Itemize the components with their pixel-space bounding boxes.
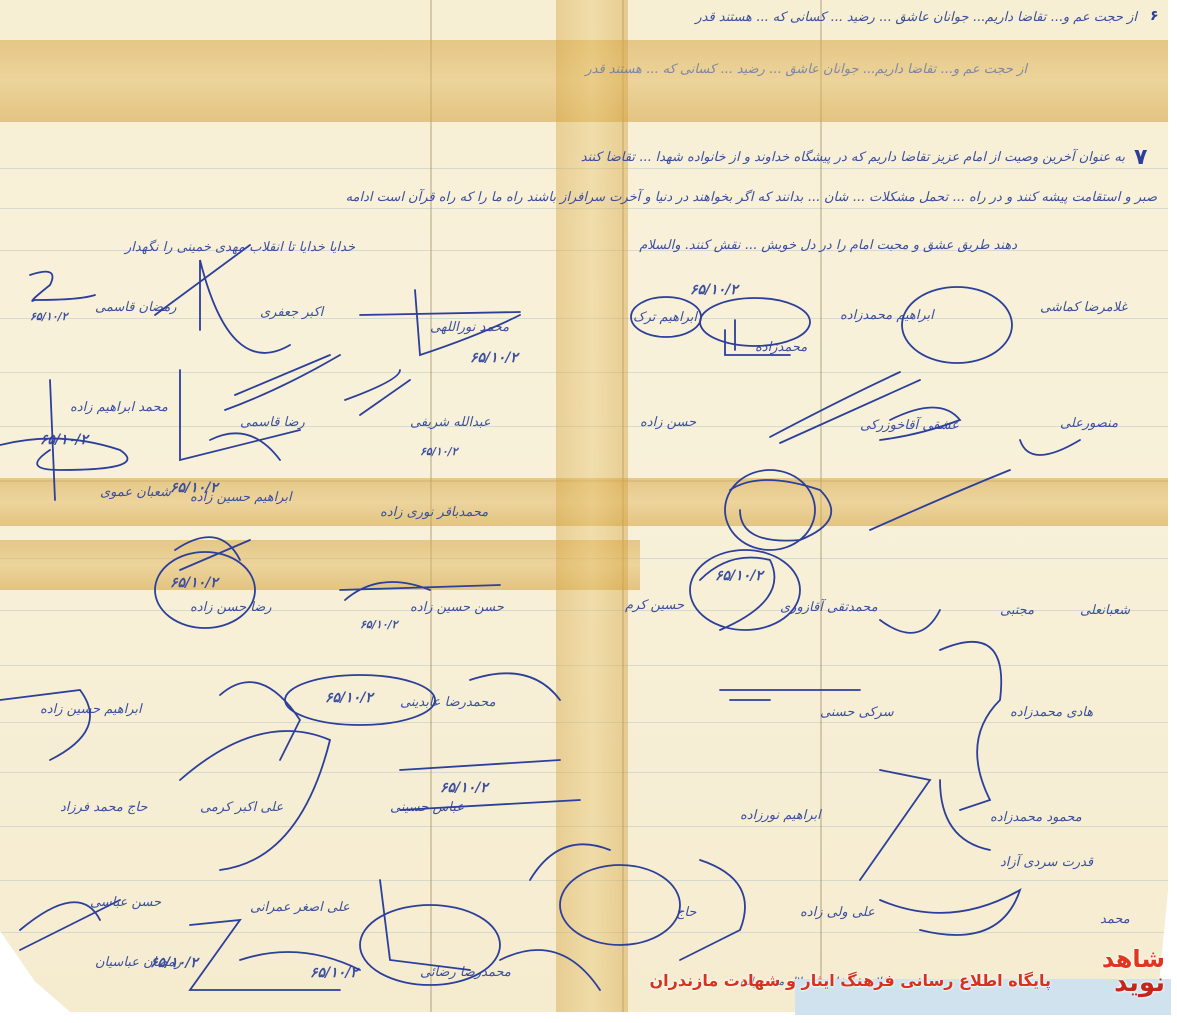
signature-name: رضا حسن زاده bbox=[190, 600, 272, 615]
signature-name: اکبر جعفری bbox=[260, 305, 323, 320]
signature-name: عشقی آقاخوزرکی bbox=[860, 418, 959, 433]
signature-date: ۶۵/۱۰/۲ bbox=[170, 480, 218, 496]
top-text-line: از حجت عم و... تقاضا داریم... جوانان عاش… bbox=[695, 10, 1137, 25]
signature-name: حسین کرم bbox=[625, 598, 684, 613]
signature-name: رمضان قاسمی bbox=[95, 300, 177, 315]
signature-name: ابراهیم نورزاده bbox=[740, 808, 821, 823]
watermark-logo: شاهد نوید bbox=[1102, 947, 1165, 995]
signature-name: شعبانعلی bbox=[1080, 603, 1130, 618]
closing-prayer: خدایا خدایا تا انقلاب مهدی خمینی را نگهد… bbox=[125, 240, 355, 255]
main-text-line-1: به عنوان آخرین وصیت از امام عزیز تقاضا د… bbox=[581, 150, 1125, 165]
signature-name: منصورعلی bbox=[1060, 416, 1118, 431]
signature-name: ابراهیم حسین زاده bbox=[40, 702, 142, 717]
signature-name: محمدرضا رضائی bbox=[420, 965, 511, 980]
signature-date: ۶۵/۱۰/۲ bbox=[170, 575, 218, 591]
watermark: شاهد نوید پایگاه اطلاع رسانی فرهنگ ایثار… bbox=[771, 947, 1171, 1015]
signature-date: ۶۵/۱۰/۲ bbox=[440, 780, 488, 796]
main-text-line-2: صبر و استقامت پیشه کنند و در راه ... تحم… bbox=[346, 190, 1157, 205]
signature-name: علی اکبر کرمی bbox=[200, 800, 283, 815]
signature-name: حسن حسین زاده bbox=[410, 600, 504, 615]
signature-name: حسن عباسی bbox=[90, 895, 161, 910]
signature-name: محمدرضا عابدینی bbox=[400, 695, 496, 710]
signature-name: حسن زاده bbox=[640, 415, 696, 430]
signature-name: محمد ابراهیم زاده bbox=[70, 400, 168, 415]
item-number-6: ۶ bbox=[1150, 8, 1159, 24]
signature-name: علی اصغر عمرانی bbox=[250, 900, 350, 915]
signature-date: ۶۵/۱۰/۲ bbox=[30, 310, 68, 323]
signature-name: علی ولی زاده bbox=[800, 905, 875, 920]
signature-name: شعبان عموی bbox=[100, 485, 171, 500]
signature-name: غلامرضا کماشی bbox=[1040, 300, 1127, 315]
watermark-logo-line2: نوید bbox=[1102, 971, 1165, 995]
signature-name: عباس حسینی bbox=[390, 800, 464, 815]
signature-date: ۶۵/۱۰/۲ bbox=[325, 690, 373, 706]
signature-name: محمدتقی آقازوری bbox=[780, 600, 878, 615]
item-number-7: ۷ bbox=[1134, 145, 1147, 170]
signature-name: محمد bbox=[1100, 912, 1130, 927]
signature-name: محمود محمدزاده bbox=[990, 810, 1082, 825]
signature-name: عبدالله شریفی bbox=[410, 415, 491, 430]
signature-name: محمد نوراللهی bbox=[430, 320, 509, 335]
signature-date: ۶۵/۱۰/۲ bbox=[310, 965, 358, 981]
signature-name: حاج bbox=[676, 905, 696, 920]
signature-name: حاج محمد فرزاد bbox=[60, 800, 147, 815]
signature-name: محمدباقر نوری زاده bbox=[380, 505, 488, 520]
signature-name: سرکی حسنی bbox=[820, 705, 894, 720]
signature-name: رضا قاسمی bbox=[240, 415, 305, 430]
signature-date: ۶۵/۱۰/۲ bbox=[470, 350, 518, 366]
signature-date: ۶۵/۱۰/۲ bbox=[715, 568, 763, 584]
main-text-line-3: دهند طریق عشق و محبت امام را در دل خویش … bbox=[639, 238, 1017, 253]
signature-name: ابراهیم محمدزاده bbox=[840, 308, 934, 323]
signature-name: محمدزاده bbox=[755, 340, 807, 355]
signature-date: ۶۵/۱۰/۲ bbox=[360, 618, 398, 631]
top-text-faint: از حجت عم و... تقاضا داریم... جوانان عاش… bbox=[585, 62, 1027, 77]
signature-date: ۶۵/۱۰/۲ bbox=[150, 955, 198, 971]
signature-name: هادی محمدزاده bbox=[1010, 705, 1093, 720]
signature-date: ۶۵/۱۰/۲ bbox=[420, 445, 458, 458]
signature-name: مجتبی bbox=[1000, 603, 1034, 618]
signature-name: ابراهیم ترک bbox=[633, 310, 697, 325]
signature-name: قدرت سردی آزاد bbox=[1000, 855, 1093, 870]
signature-date: ۶۵/۱۰/۲ bbox=[40, 432, 88, 448]
signature-date: ۶۵/۱۰/۲ bbox=[690, 282, 738, 298]
tape-strip-middle-left bbox=[0, 540, 640, 590]
watermark-caption: پایگاه اطلاع رسانی فرهنگ ایثار و شهادت م… bbox=[650, 971, 1052, 990]
